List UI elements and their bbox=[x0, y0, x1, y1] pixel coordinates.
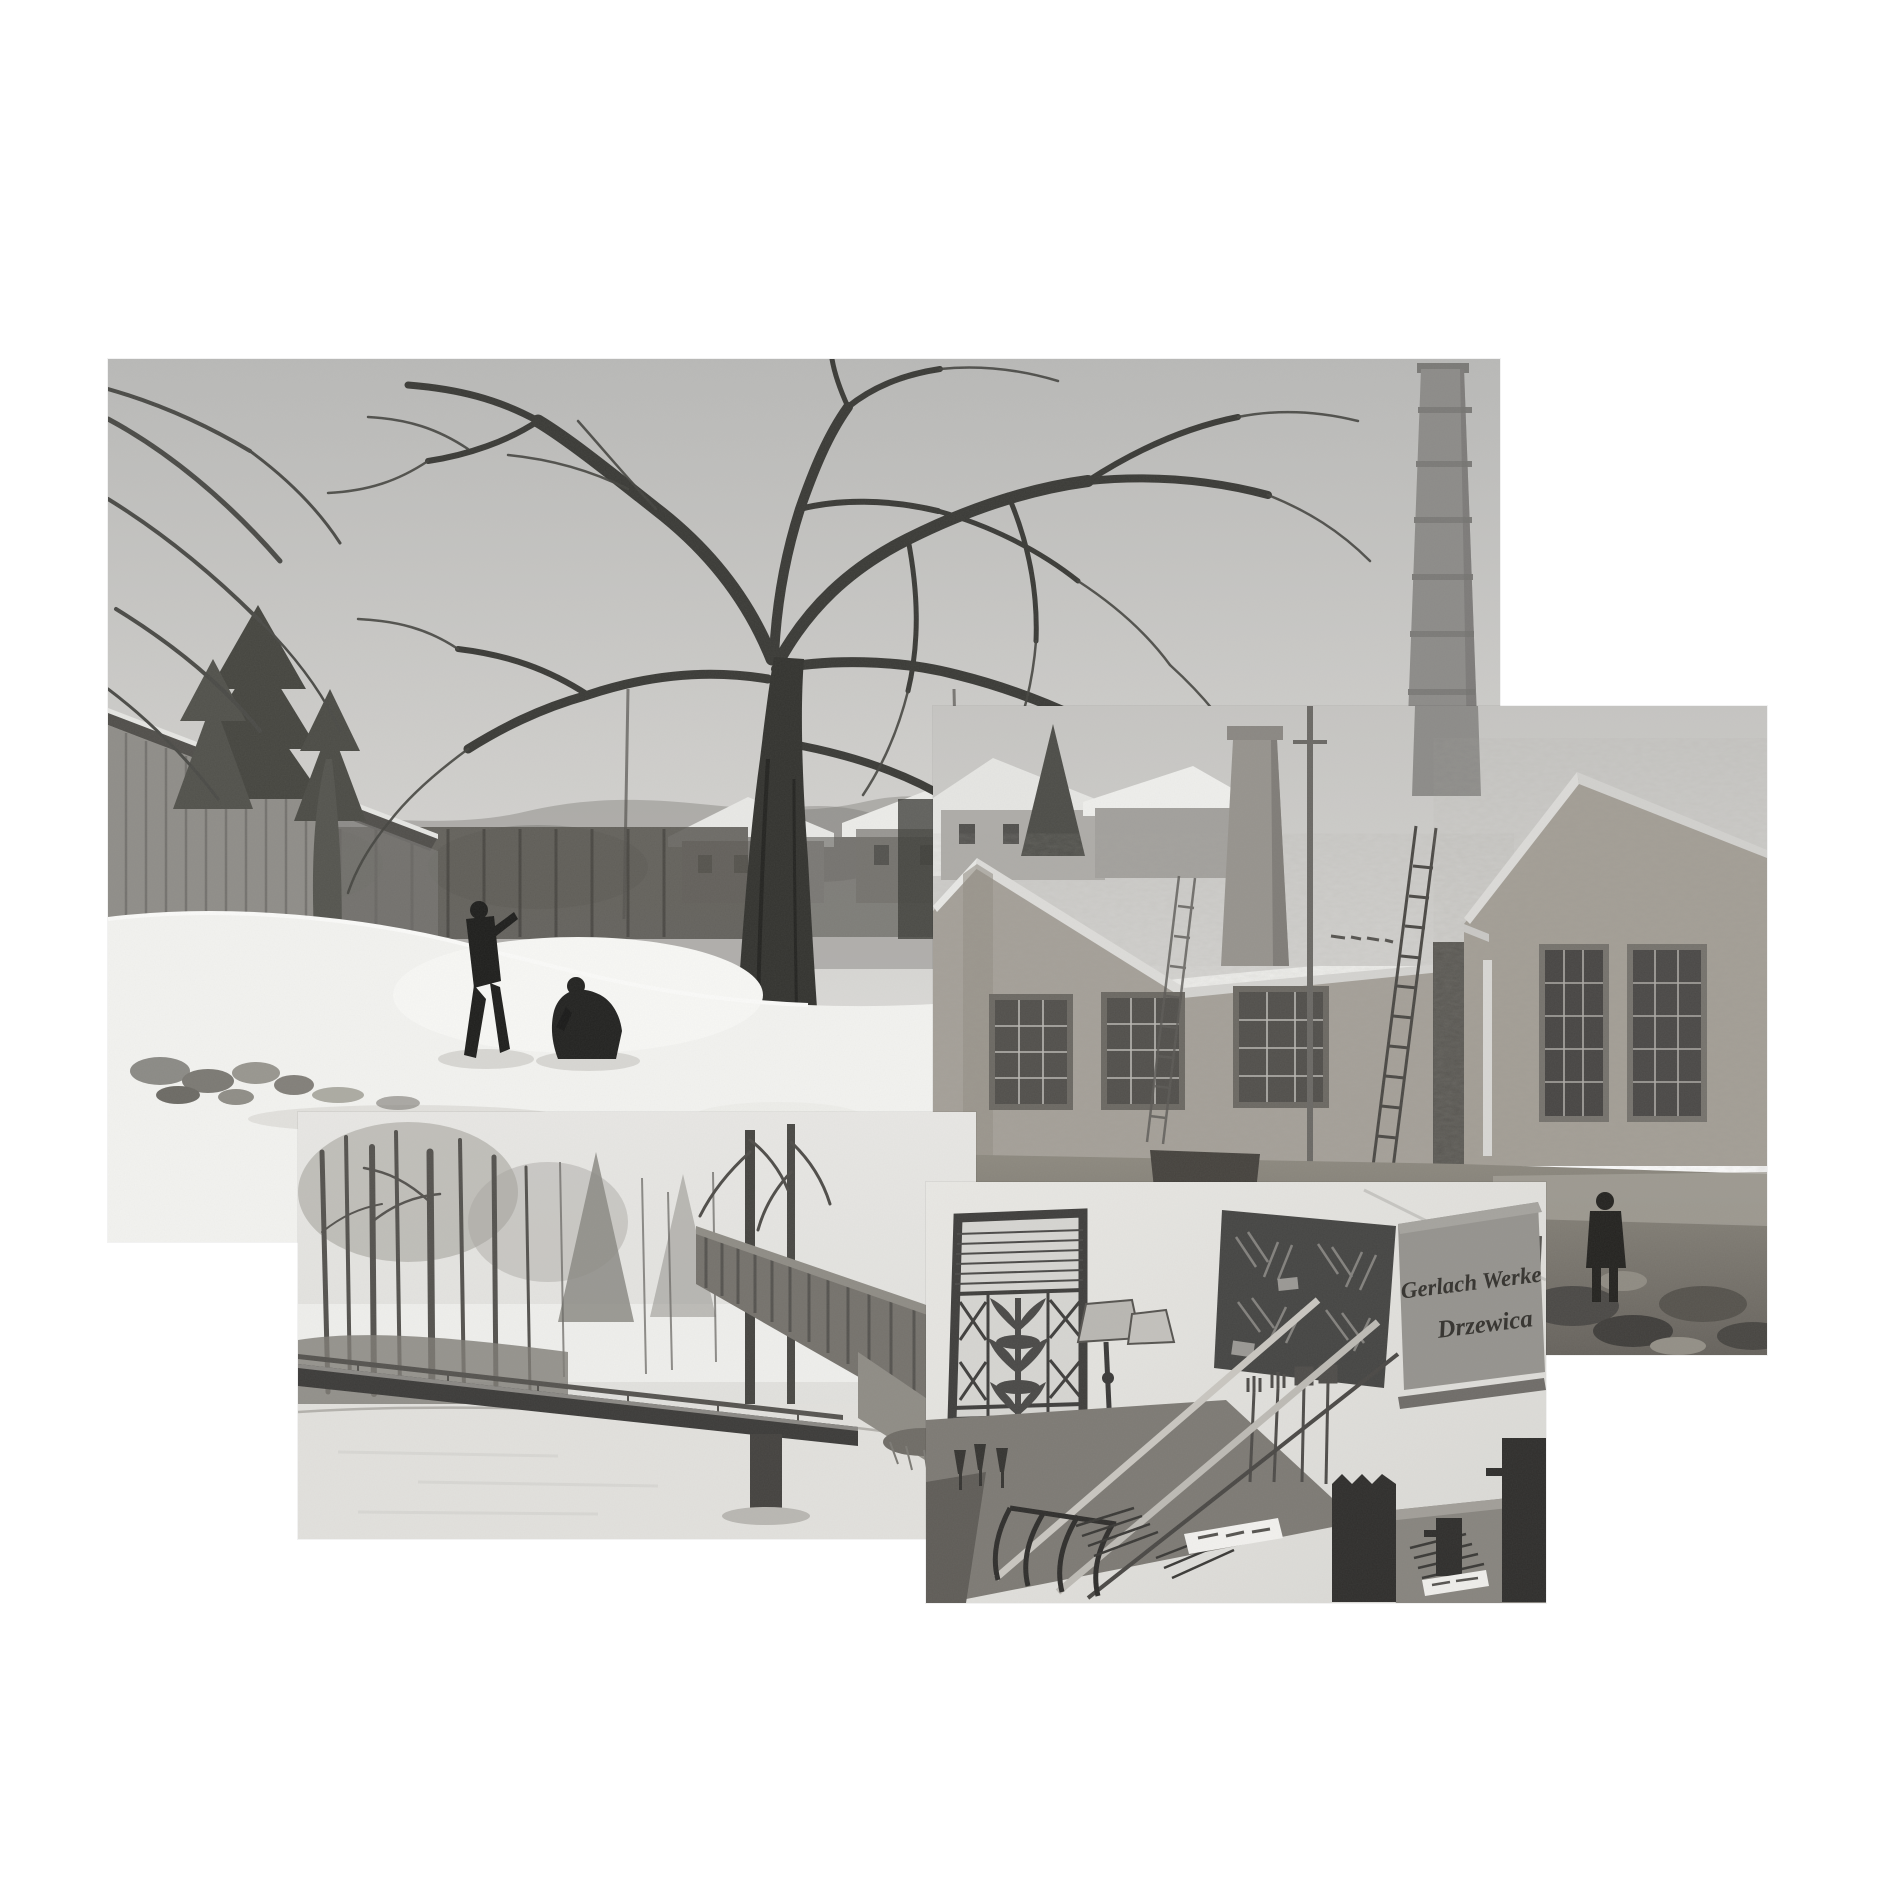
photo-river-footbridge bbox=[298, 1112, 976, 1539]
collage-page: Gerlach Werke Drzewica bbox=[0, 0, 1900, 1900]
film-grain bbox=[926, 1182, 1546, 1603]
film-grain bbox=[298, 1112, 976, 1539]
photo-exhibition-room: Gerlach Werke Drzewica bbox=[926, 1182, 1546, 1603]
